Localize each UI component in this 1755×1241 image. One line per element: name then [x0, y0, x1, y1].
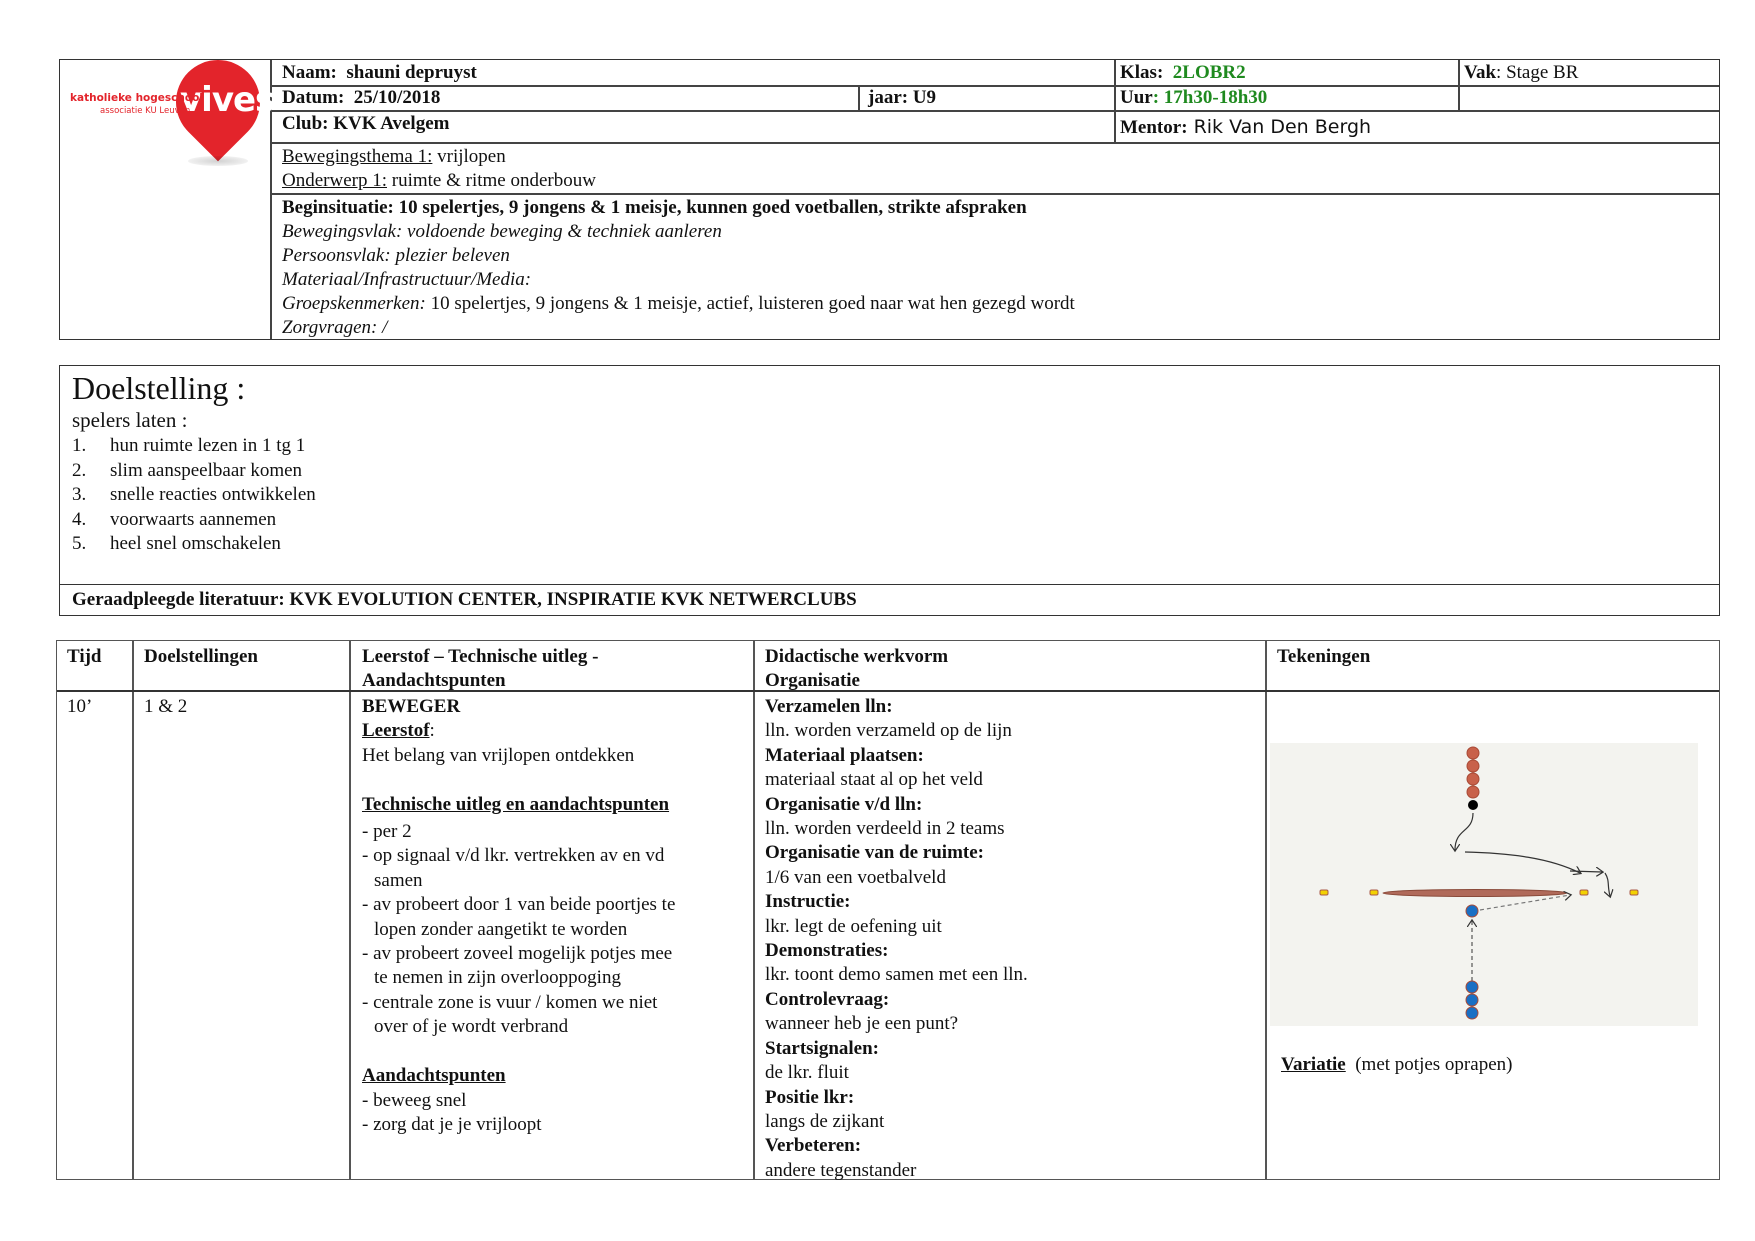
- header-tekeningen: Tekeningen: [1277, 645, 1370, 669]
- materiaal: Materiaal/Infrastructuur/Media:: [282, 269, 531, 291]
- header-tijd: Tijd: [67, 645, 102, 669]
- list-item: 5.heel snel omschakelen: [72, 532, 316, 557]
- naam-value: shauni depruyst: [346, 62, 476, 83]
- mentor-value: Rik Van Den Bergh: [1188, 116, 1372, 138]
- tech-item: lopen zonder aangetikt te worden: [362, 918, 675, 942]
- bewegingsthema-field: Bewegingsthema 1: vrijlopen: [282, 146, 506, 168]
- doelstelling-list: 1.hun ruimte lezen in 1 tg 1 2.slim aans…: [72, 434, 316, 557]
- central-zone: [1383, 890, 1567, 897]
- mentor-field: Mentor: Rik Van Den Bergh: [1120, 116, 1371, 139]
- persoonsvlak: Persoonsvlak: plezier beleven: [282, 245, 510, 267]
- cell-leerstof: BEWEGER Leerstof: Het belang van vrijlop…: [362, 695, 675, 1137]
- beginsituatie: Beginsituatie: 10 spelertjes, 9 jongens …: [282, 197, 1027, 219]
- groepskenmerken-label: Groepskenmerken:: [282, 293, 426, 314]
- leerstof-text: Het belang van vrijlopen ontdekken: [362, 744, 675, 768]
- tech-label: Technische uitleg en aandachtspunten: [362, 793, 675, 817]
- cell-didactisch: Verzamelen lln:lln. worden verzameld op …: [765, 695, 1028, 1183]
- list-item: 1.hun ruimte lezen in 1 tg 1: [72, 434, 316, 459]
- list-item: 3.snelle reacties ontwikkelen: [72, 483, 316, 508]
- literatuur-row: Geraadpleegde literatuur: KVK EVOLUTION …: [60, 584, 1719, 616]
- red-team-players: [1467, 747, 1479, 798]
- doelstelling-title: Doelstelling :: [72, 368, 245, 408]
- onderwerp-value: ruimte & ritme onderbouw: [387, 170, 596, 191]
- leerstof-label: Leerstof: [362, 720, 430, 741]
- tech-item: - op signaal v/d lkr. vertrekken av en v…: [362, 844, 675, 868]
- leerstof-title: BEWEGER: [362, 695, 675, 719]
- tech-item: over of je wordt verbrand: [362, 1015, 675, 1039]
- cell-doelstellingen: 1 & 2: [144, 695, 187, 719]
- mentor-label: Mentor:: [1120, 117, 1188, 138]
- datum-label: Datum:: [282, 87, 344, 108]
- groepskenmerken-field: Groepskenmerken: 10 spelertjes, 9 jongen…: [282, 293, 1075, 315]
- club-field: Club: KVK Avelgem: [282, 113, 449, 135]
- onderwerp-field: Onderwerp 1: ruimte & ritme onderbouw: [282, 170, 596, 192]
- bewegingsvlak: Bewegingsvlak: voldoende beweging & tech…: [282, 221, 722, 243]
- tech-item: - centrale zone is vuur / komen we niet: [362, 991, 675, 1015]
- list-item: 4.voorwaarts aannemen: [72, 508, 316, 533]
- logo-shadow: [188, 156, 248, 166]
- bewegingsthema-label: Bewegingsthema 1:: [282, 146, 432, 167]
- naam-label: Naam:: [282, 62, 337, 83]
- zorgvragen: Zorgvragen: /: [282, 317, 387, 339]
- aandacht-item: - beweeg snel: [362, 1089, 675, 1113]
- tech-item: - av probeert zoveel mogelijk potjes mee: [362, 942, 675, 966]
- list-item: 2.slim aanspeelbaar komen: [72, 459, 316, 484]
- klas-label: Klas:: [1120, 62, 1163, 83]
- header-leerstof: Leerstof – Technische uitleg - Aandachts…: [362, 645, 598, 693]
- datum-value: 25/10/2018: [354, 87, 441, 108]
- doelstelling-box: Doelstelling : spelers laten : 1.hun rui…: [59, 365, 1720, 616]
- onderwerp-label: Onderwerp 1:: [282, 170, 387, 191]
- variatie-label: Variatie: [1281, 1054, 1346, 1075]
- klas-field: Klas: 2LOBR2: [1120, 62, 1246, 84]
- naam-field: Naam: shauni depruyst: [282, 62, 477, 84]
- attacker-black: [1468, 800, 1478, 810]
- aandacht-item: - zorg dat je je vrijloopt: [362, 1113, 675, 1137]
- datum-field: Datum: 25/10/2018: [282, 87, 440, 109]
- doelstelling-subtitle: spelers laten :: [72, 408, 187, 433]
- tech-item: samen: [362, 869, 675, 893]
- cell-tijd: 10’: [67, 695, 92, 719]
- variatie-text: (met potjes oprapen): [1346, 1054, 1513, 1075]
- vak-field: Vak: Stage BR: [1464, 62, 1578, 84]
- logo-line1: katholieke hogeschool: [70, 92, 203, 104]
- uur-value: : 17h30-18h30: [1153, 87, 1268, 108]
- uur-label: Uur: [1120, 87, 1153, 108]
- blue-team-players: [1466, 981, 1478, 1019]
- groepskenmerken-value: 10 spelertjes, 9 jongens & 1 meisje, act…: [426, 293, 1075, 314]
- header-doelstellingen: Doelstellingen: [144, 645, 258, 669]
- jaar-field: jaar: U9: [868, 87, 936, 109]
- vak-label: Vak: [1464, 62, 1496, 83]
- tech-item: - per 2: [362, 820, 675, 844]
- variatie: Variatie (met potjes oprapen): [1281, 1053, 1512, 1077]
- klas-value: 2LOBR2: [1173, 62, 1246, 83]
- bewegingsthema-value: vrijlopen: [432, 146, 505, 167]
- uur-field: Uur: 17h30-18h30: [1120, 87, 1267, 109]
- aandacht-label: Aandachtspunten: [362, 1064, 675, 1088]
- vak-value: : Stage BR: [1496, 62, 1578, 83]
- literatuur-text: Geraadpleegde literatuur: KVK EVOLUTION …: [72, 589, 857, 611]
- tech-item: te nemen in zijn overlooppoging: [362, 966, 675, 990]
- field-diagram: [1270, 743, 1698, 1026]
- exercise-drawing: [1270, 743, 1698, 1026]
- defender-blue: [1466, 905, 1478, 917]
- logo-line2: associatie KU Leuven: [100, 106, 190, 116]
- header-didactisch: Didactische werkvorm Organisatie: [765, 645, 948, 693]
- tech-item: - av probeert door 1 van beide poortjes …: [362, 893, 675, 917]
